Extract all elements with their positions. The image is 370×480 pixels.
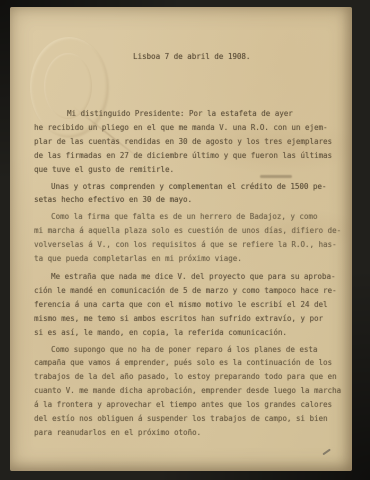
paragraph-credito: Unas y otras comprenden y complementan e… (34, 180, 348, 208)
paragraph-proyecto: Me estraña que nada me dice V. del proye… (34, 270, 348, 340)
paragraph-greeting: Mi distinguido Presidente: Por la estafe… (34, 107, 348, 177)
letter-body: Mi distinguido Presidente: Por la estafe… (34, 107, 348, 443)
date-line: Lisboa 7 de abril de 1908. (133, 52, 250, 61)
paragraph-campana: Como supongo que no ha de poner reparo á… (34, 343, 348, 440)
pencil-mark (322, 449, 330, 455)
paragraph-firma: Como la firma que falta es de un herrero… (34, 210, 348, 266)
scanned-letter: Lisboa 7 de abril de 1908. Mi distinguid… (0, 0, 370, 480)
letter-page: Lisboa 7 de abril de 1908. Mi distinguid… (10, 7, 352, 471)
